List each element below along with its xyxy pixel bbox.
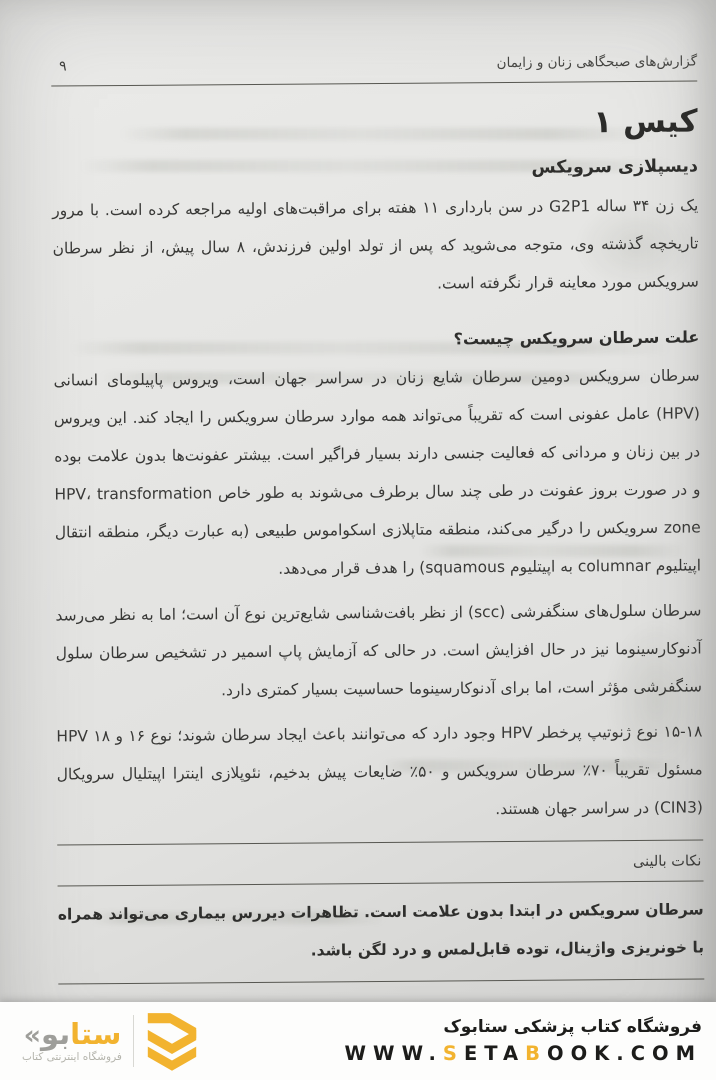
clinical-notes-text: سرطان سرویکس در ابتدا بدون علامت است. تظ… [58,882,705,985]
clinical-notes-box: نکات بالینی سرطان سرویکس در ابتدا بدون ع… [57,840,704,985]
book-page: گزارش‌های صبحگاهی زنان و زایمان ۹ کیس ۱ … [51,53,704,998]
clinical-notes-title: نکات بالینی [57,841,703,887]
page-number: ۹ [51,58,67,74]
logo-wordmark: ستابو« [23,1019,122,1050]
section-title-cause: علت سرطان سرویکس چیست؟ [53,328,699,352]
paragraph-genotypes: ۱۵-۱۸ نوع ژنوتیپ پرخطر HPV وجود دارد که … [56,713,703,832]
paragraph-hpv-overview: سرطان سرویکس دومین سرطان شایع زنان در سر… [53,357,701,590]
wordmark-kaf-glyph: « [24,1022,41,1050]
paragraph-case-presentation: یک زن ۳۴ ساله G2P1 در سن بارداری ۱۱ هفته… [52,187,699,306]
paper-background: گزارش‌های صبحگاهی زنان و زایمان ۹ کیس ۱ … [0,0,716,1080]
url-part-gold-s: S [443,1042,464,1065]
wordmark-gold-part: ستا [70,1019,121,1049]
store-block: فروشگاه کتاب پزشکی ستابوک WWW.SETABOOK.C… [345,1017,702,1065]
url-part-gold-b: B [525,1042,547,1065]
wordmark-gray-part: بو [41,1019,70,1049]
store-name: فروشگاه کتاب پزشکی ستابوک [443,1017,702,1037]
chevron-stack-icon [145,1010,199,1072]
website-url: WWW.SETABOOK.COM [345,1042,702,1065]
footer-watermark-band: ستابو« فروشگاه اینترنتی کتاب فروشگاه کتا… [0,1002,716,1080]
logo-wordmark-block: ستابو« فروشگاه اینترنتی کتاب [22,1019,122,1063]
logo-tagline: فروشگاه اینترنتی کتاب [22,1051,122,1063]
setabook-logo: ستابو« فروشگاه اینترنتی کتاب [22,1010,199,1072]
logo-divider [133,1015,135,1067]
url-part: WWW. [345,1042,443,1065]
case-title: کیس ۱ [51,103,697,145]
page-header: گزارش‌های صبحگاهی زنان و زایمان ۹ [51,53,697,86]
section-title-dysplasia: دیسپلازی سرویکس [52,157,698,182]
url-part: OOK.COM [547,1042,702,1065]
paragraph-histology: سرطان سلول‌های سنگفرشی (scc) از نظر بافت… [55,592,702,711]
url-part: ETA [464,1042,525,1065]
header-title: گزارش‌های صبحگاهی زنان و زایمان [497,53,698,71]
